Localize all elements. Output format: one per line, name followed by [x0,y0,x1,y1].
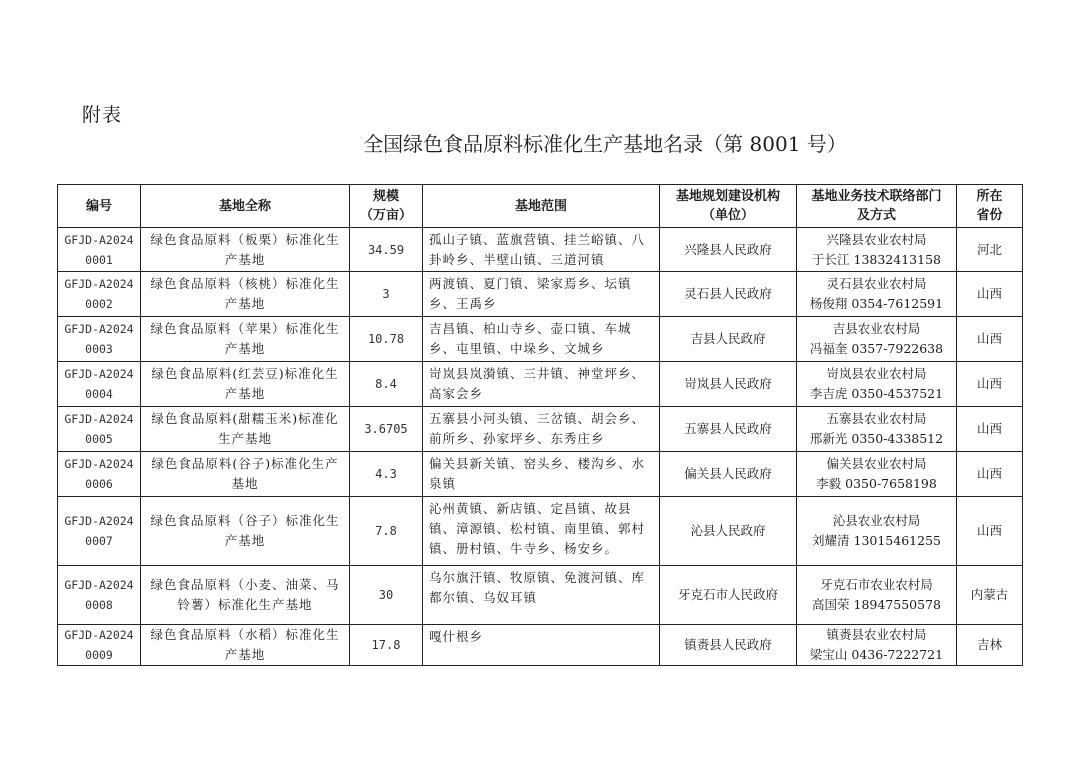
table-row: GFJD-A20240004 绿色食品原料(红芸豆)标准化生产基地 8.4 岢岚… [58,362,1023,407]
cell-contact: 偏关县农业农村局李毅 0350-7658198 [797,452,957,497]
cell-id: GFJD-A20240007 [58,497,141,566]
base-directory-table: 编号 基地全称 规模（万亩） 基地范围 基地规划建设机构（单位） 基地业务技术联… [57,184,1023,666]
cell-id1: GFJD-A2024 [62,274,136,294]
cell-province: 山西 [957,362,1023,407]
cell-contact-dept: 牙克石市农业农村局 [801,575,952,595]
table-row: GFJD-A20240008 绿色食品原料（小麦、油菜、马铃薯）标准化生产基地 … [58,566,1023,625]
cell-id: GFJD-A20240006 [58,452,141,497]
cell-contact-dept: 偏关县农业农村局 [801,454,952,474]
cell-id2: 0003 [62,339,136,359]
cell-contact: 兴隆县农业农村局于长江 13832413158 [797,228,957,272]
cell-contact-dept: 灵石县农业农村局 [801,274,952,294]
cell-scale: 34.59 [350,228,423,272]
cell-contact-person: 于长江 13832413158 [801,250,952,270]
cell-name: 绿色食品原料(甜糯玉米)标准化生产基地 [141,407,350,452]
cell-contact-person: 李吉虎 0350-4537521 [801,384,952,404]
cell-contact-dept: 五寨县农业农村局 [801,409,952,429]
header-contact: 基地业务技术联络部门及方式 [797,185,957,228]
cell-province: 山西 [957,272,1023,317]
header-province-line1: 所在 [961,187,1018,206]
cell-org: 五寨县人民政府 [660,407,797,452]
cell-id1: GFJD-A2024 [62,625,136,645]
cell-id1: GFJD-A2024 [62,575,136,595]
header-org-line1: 基地规划建设机构 [664,187,792,206]
header-scale-line1: 规模 [354,187,418,206]
cell-scale: 7.8 [350,497,423,566]
cell-contact-person: 梁宝山 0436-7222721 [801,645,952,665]
cell-contact-person: 邢新光 0350-4338512 [801,429,952,449]
table-row: GFJD-A20240003 绿色食品原料（苹果）标准化生产基地 10.78 吉… [58,317,1023,362]
cell-org: 偏关县人民政府 [660,452,797,497]
cell-name: 绿色食品原料(谷子)标准化生产基地 [141,452,350,497]
cell-contact-person: 高国荣 18947550578 [801,595,952,615]
cell-id: GFJD-A20240001 [58,228,141,272]
cell-name: 绿色食品原料（小麦、油菜、马铃薯）标准化生产基地 [141,566,350,625]
cell-province: 山西 [957,452,1023,497]
cell-id2: 0002 [62,294,136,314]
cell-org: 吉县人民政府 [660,317,797,362]
cell-contact-dept: 吉县农业农村局 [801,319,952,339]
header-name: 基地全称 [141,185,350,228]
document-title: 全国绿色食品原料标准化生产基地名录（第 8001 号） [0,128,1080,157]
table-row: GFJD-A20240001 绿色食品原料（板栗）标准化生产基地 34.59 孤… [58,228,1023,272]
table-row: GFJD-A20240006 绿色食品原料(谷子)标准化生产基地 4.3 偏关县… [58,452,1023,497]
cell-id1: GFJD-A2024 [62,364,136,384]
table-row: GFJD-A20240002 绿色食品原料（核桃）标准化生产基地 3 两渡镇、夏… [58,272,1023,317]
cell-province: 河北 [957,228,1023,272]
cell-name: 绿色食品原料（水稻）标准化生产基地 [141,625,350,666]
table-row: GFJD-A20240005 绿色食品原料(甜糯玉米)标准化生产基地 3.670… [58,407,1023,452]
cell-province: 内蒙古 [957,566,1023,625]
cell-org: 兴隆县人民政府 [660,228,797,272]
cell-province: 山西 [957,497,1023,566]
cell-contact: 沁县农业农村局刘耀清 13015461255 [797,497,957,566]
cell-id1: GFJD-A2024 [62,511,136,531]
cell-scope: 嘎什根乡 [423,625,660,666]
cell-scope: 偏关县新关镇、窑头乡、楼沟乡、水泉镇 [423,452,660,497]
cell-org: 岢岚县人民政府 [660,362,797,407]
cell-org: 牙克石市人民政府 [660,566,797,625]
cell-id: GFJD-A20240008 [58,566,141,625]
header-province-line2: 省份 [961,206,1018,225]
cell-name: 绿色食品原料(红芸豆)标准化生产基地 [141,362,350,407]
cell-contact: 岢岚县农业农村局李吉虎 0350-4537521 [797,362,957,407]
cell-id: GFJD-A20240004 [58,362,141,407]
cell-name: 绿色食品原料（核桃）标准化生产基地 [141,272,350,317]
cell-scope: 吉昌镇、柏山寺乡、壶口镇、车城乡、屯里镇、中垛乡、文城乡 [423,317,660,362]
cell-contact-dept: 镇赉县农业农村局 [801,625,952,645]
cell-scale: 30 [350,566,423,625]
cell-id2: 0009 [62,645,136,665]
header-contact-line2: 及方式 [801,206,952,225]
cell-name: 绿色食品原料（板栗）标准化生产基地 [141,228,350,272]
cell-contact: 五寨县农业农村局邢新光 0350-4338512 [797,407,957,452]
cell-scope: 乌尔旗汗镇、牧原镇、免渡河镇、库都尔镇、乌奴耳镇 [423,566,660,625]
cell-scope: 岢岚县岚漪镇、三井镇、神堂坪乡、高家会乡 [423,362,660,407]
cell-name: 绿色食品原料（谷子）标准化生产基地 [141,497,350,566]
table-row: GFJD-A20240009 绿色食品原料（水稻）标准化生产基地 17.8 嘎什… [58,625,1023,666]
header-province: 所在省份 [957,185,1023,228]
cell-org: 镇赉县人民政府 [660,625,797,666]
cell-scale: 17.8 [350,625,423,666]
cell-org: 沁县人民政府 [660,497,797,566]
header-contact-line1: 基地业务技术联络部门 [801,187,952,206]
cell-scale: 4.3 [350,452,423,497]
cell-scope: 孤山子镇、蓝旗营镇、挂兰峪镇、八卦岭乡、半壁山镇、三道河镇 [423,228,660,272]
cell-id1: GFJD-A2024 [62,230,136,250]
header-org-line2: （单位） [664,206,792,225]
cell-contact-person: 冯福奎 0357-7922638 [801,339,952,359]
header-scope: 基地范围 [423,185,660,228]
cell-scope: 沁州黄镇、新店镇、定昌镇、故县镇、漳源镇、松村镇、南里镇、郭村镇、册村镇、牛寺乡… [423,497,660,566]
cell-contact: 吉县农业农村局冯福奎 0357-7922638 [797,317,957,362]
cell-id1: GFJD-A2024 [62,409,136,429]
cell-province: 山西 [957,407,1023,452]
cell-id: GFJD-A20240003 [58,317,141,362]
cell-id: GFJD-A20240009 [58,625,141,666]
cell-province: 吉林 [957,625,1023,666]
cell-contact-person: 刘耀清 13015461255 [801,531,952,551]
cell-scale: 3.6705 [350,407,423,452]
header-scale: 规模（万亩） [350,185,423,228]
cell-contact-dept: 岢岚县农业农村局 [801,364,952,384]
cell-id2: 0006 [62,474,136,494]
cell-id2: 0007 [62,531,136,551]
cell-id1: GFJD-A2024 [62,454,136,474]
cell-scope: 五寨县小河头镇、三岔镇、胡会乡、前所乡、孙家坪乡、东秀庄乡 [423,407,660,452]
cell-contact-person: 李毅 0350-7658198 [801,474,952,494]
cell-id: GFJD-A20240005 [58,407,141,452]
cell-scale: 10.78 [350,317,423,362]
cell-id: GFJD-A20240002 [58,272,141,317]
cell-id1: GFJD-A2024 [62,319,136,339]
appendix-label: 附表 [82,100,122,127]
cell-contact: 灵石县农业农村局杨俊翔 0354-7612591 [797,272,957,317]
cell-id2: 0001 [62,250,136,270]
cell-id2: 0004 [62,384,136,404]
cell-contact: 牙克石市农业农村局高国荣 18947550578 [797,566,957,625]
cell-id2: 0008 [62,595,136,615]
cell-contact: 镇赉县农业农村局梁宝山 0436-7222721 [797,625,957,666]
cell-scope: 两渡镇、夏门镇、梁家焉乡、坛镇乡、王禹乡 [423,272,660,317]
header-scale-line2: （万亩） [354,206,418,225]
cell-contact-dept: 兴隆县农业农村局 [801,230,952,250]
header-id: 编号 [58,185,141,228]
cell-contact-person: 杨俊翔 0354-7612591 [801,294,952,314]
cell-contact-dept: 沁县农业农村局 [801,511,952,531]
cell-name: 绿色食品原料（苹果）标准化生产基地 [141,317,350,362]
header-org: 基地规划建设机构（单位） [660,185,797,228]
header-row: 编号 基地全称 规模（万亩） 基地范围 基地规划建设机构（单位） 基地业务技术联… [58,185,1023,228]
cell-org: 灵石县人民政府 [660,272,797,317]
cell-id2: 0005 [62,429,136,449]
cell-scale: 3 [350,272,423,317]
cell-province: 山西 [957,317,1023,362]
table-row: GFJD-A20240007 绿色食品原料（谷子）标准化生产基地 7.8 沁州黄… [58,497,1023,566]
cell-scale: 8.4 [350,362,423,407]
